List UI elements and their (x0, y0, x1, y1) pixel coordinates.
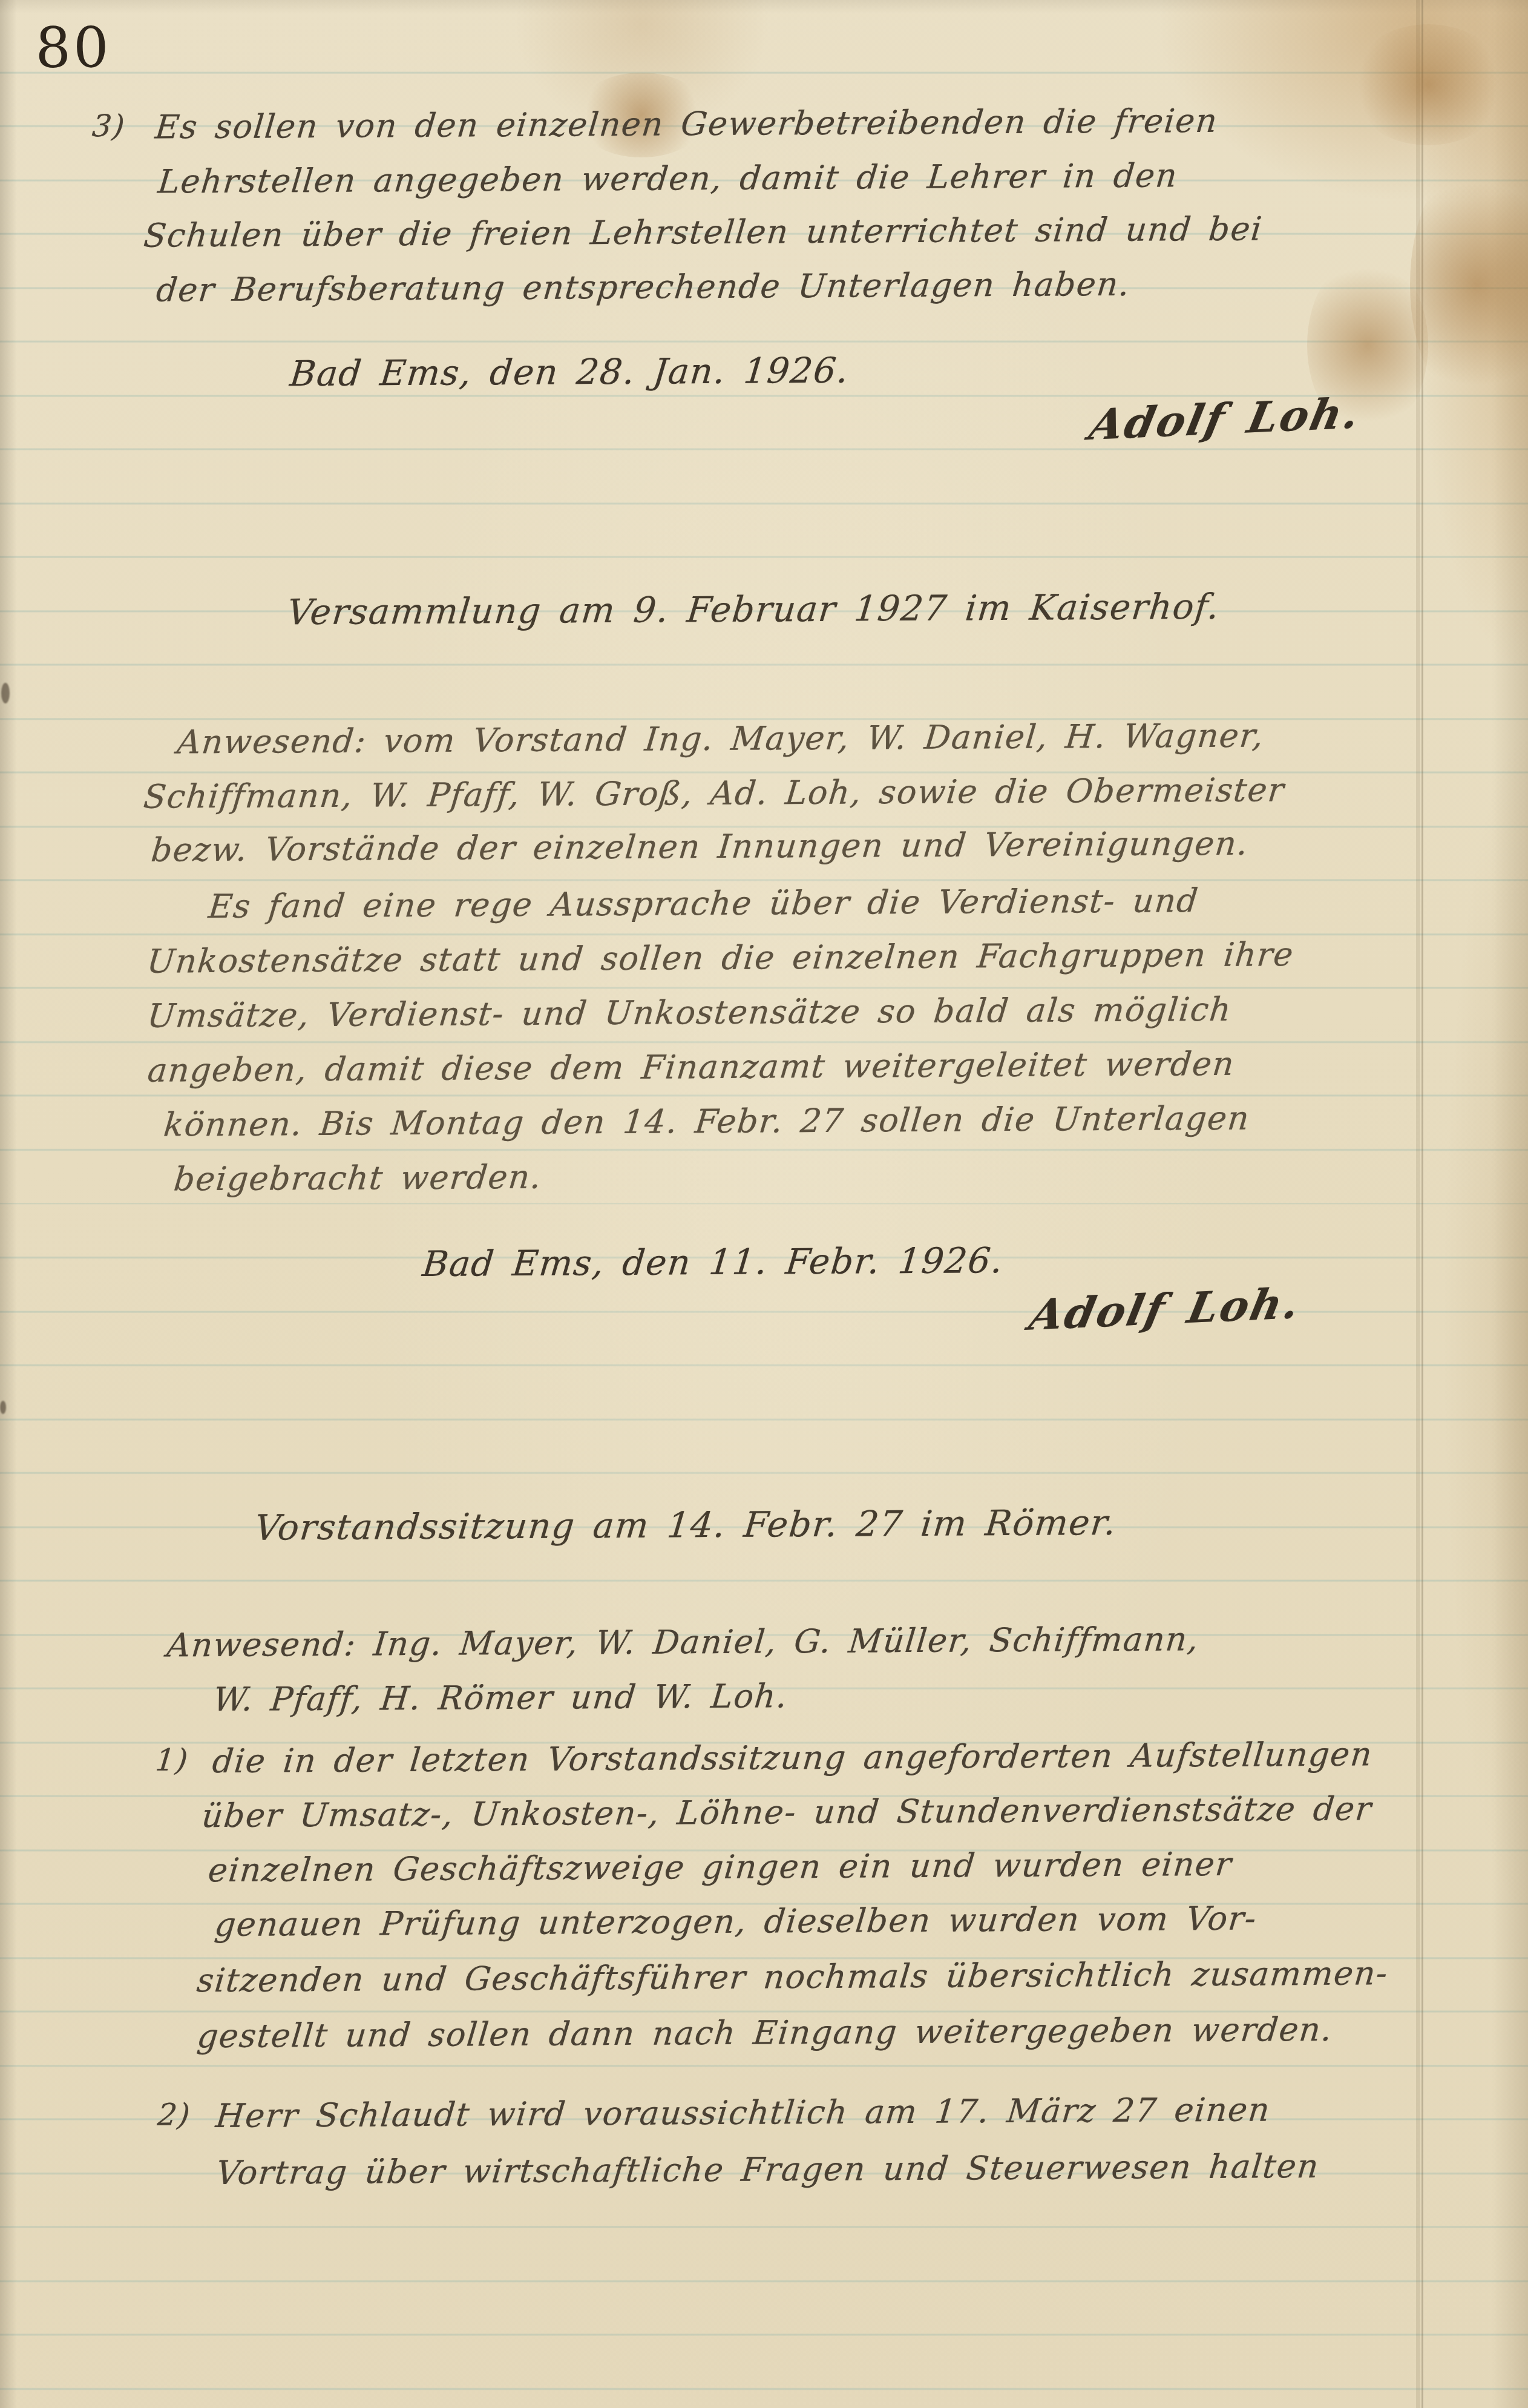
handwritten-line: Lehrstellen angegeben werden, damit die … (156, 155, 1179, 202)
item-marker: 1) (154, 1741, 191, 1779)
session-heading: Versammlung am 9. Februar 1927 im Kaiser… (285, 585, 1221, 634)
handwritten-line: über Umsatz-, Unkosten-, Löhne- und Stun… (200, 1788, 1374, 1836)
handwritten-line: angeben, damit diese dem Finanzamt weite… (146, 1044, 1236, 1091)
dateline: Bad Ems, den 11. Febr. 1926. (421, 1239, 1006, 1286)
signature: Adolf Loh. (1086, 392, 1365, 446)
handwritten-line: Vortrag über wirtschaftliche Fragen und … (214, 2146, 1321, 2194)
handwritten-line: Unkostensätze statt und sollen die einze… (145, 934, 1296, 982)
page-number: 80 (35, 20, 111, 76)
handwritten-line: einzelnen Geschäftszweige gingen ein und… (206, 1844, 1234, 1891)
item-marker: 2) (156, 2096, 193, 2134)
handwritten-line: W. Pfaff, H. Römer und W. Loh. (211, 1676, 790, 1720)
handwritten-line: Umsätze, Verdienst- und Unkostensätze so… (145, 989, 1233, 1036)
handwritten-line: Schiffmann, W. Pfaff, W. Groß, Ad. Loh, … (142, 769, 1287, 817)
dateline: Bad Ems, den 28. Jan. 1926. (288, 349, 851, 396)
handwritten-line: Anwesend: Ing. Mayer, W. Daniel, G. Müll… (165, 1619, 1201, 1666)
handwritten-line: können. Bis Montag den 14. Febr. 27 soll… (162, 1098, 1252, 1146)
handwritten-line: genauen Prüfung unterzogen, dieselben wu… (213, 1898, 1259, 1946)
handwritten-line: Es sollen von den einzelnen Gewerbetreib… (153, 100, 1219, 148)
handwritten-line: sitzenden und Geschäftsführer nochmals ü… (195, 1953, 1390, 2001)
session-heading: Vorstandssitzung am 14. Febr. 27 im Röme… (253, 1501, 1119, 1550)
handwritten-line: bezw. Vorstände der einzelnen Innungen u… (149, 823, 1250, 871)
handwritten-line: Anwesend: vom Vorstand Ing. Mayer, W. Da… (175, 715, 1266, 763)
scanned-ledger-page: 80 3) Es sollen von den einzelnen Gewerb… (0, 0, 1528, 2408)
handwritten-line: die in der letzten Vorstandssitzung ange… (211, 1734, 1375, 1781)
signature: Adolf Loh. (1026, 1282, 1304, 1337)
item-marker: 3) (90, 107, 127, 145)
edge-speck (0, 1401, 6, 1414)
handwritten-line: gestellt und sollen dann nach Eingang we… (195, 2009, 1335, 2057)
handwritten-line: beigebracht werden. (172, 1157, 543, 1200)
handwritten-line: Es fand eine rege Aussprache über die Ve… (206, 880, 1201, 927)
page-content: 80 3) Es sollen von den einzelnen Gewerb… (0, 0, 1528, 2408)
handwritten-line: Schulen über die freien Lehrstellen unte… (142, 208, 1265, 256)
handwritten-line: der Berufsberatung entsprechende Unterla… (154, 264, 1132, 311)
handwritten-line: Herr Schlaudt wird voraussichtlich am 17… (214, 2089, 1273, 2136)
